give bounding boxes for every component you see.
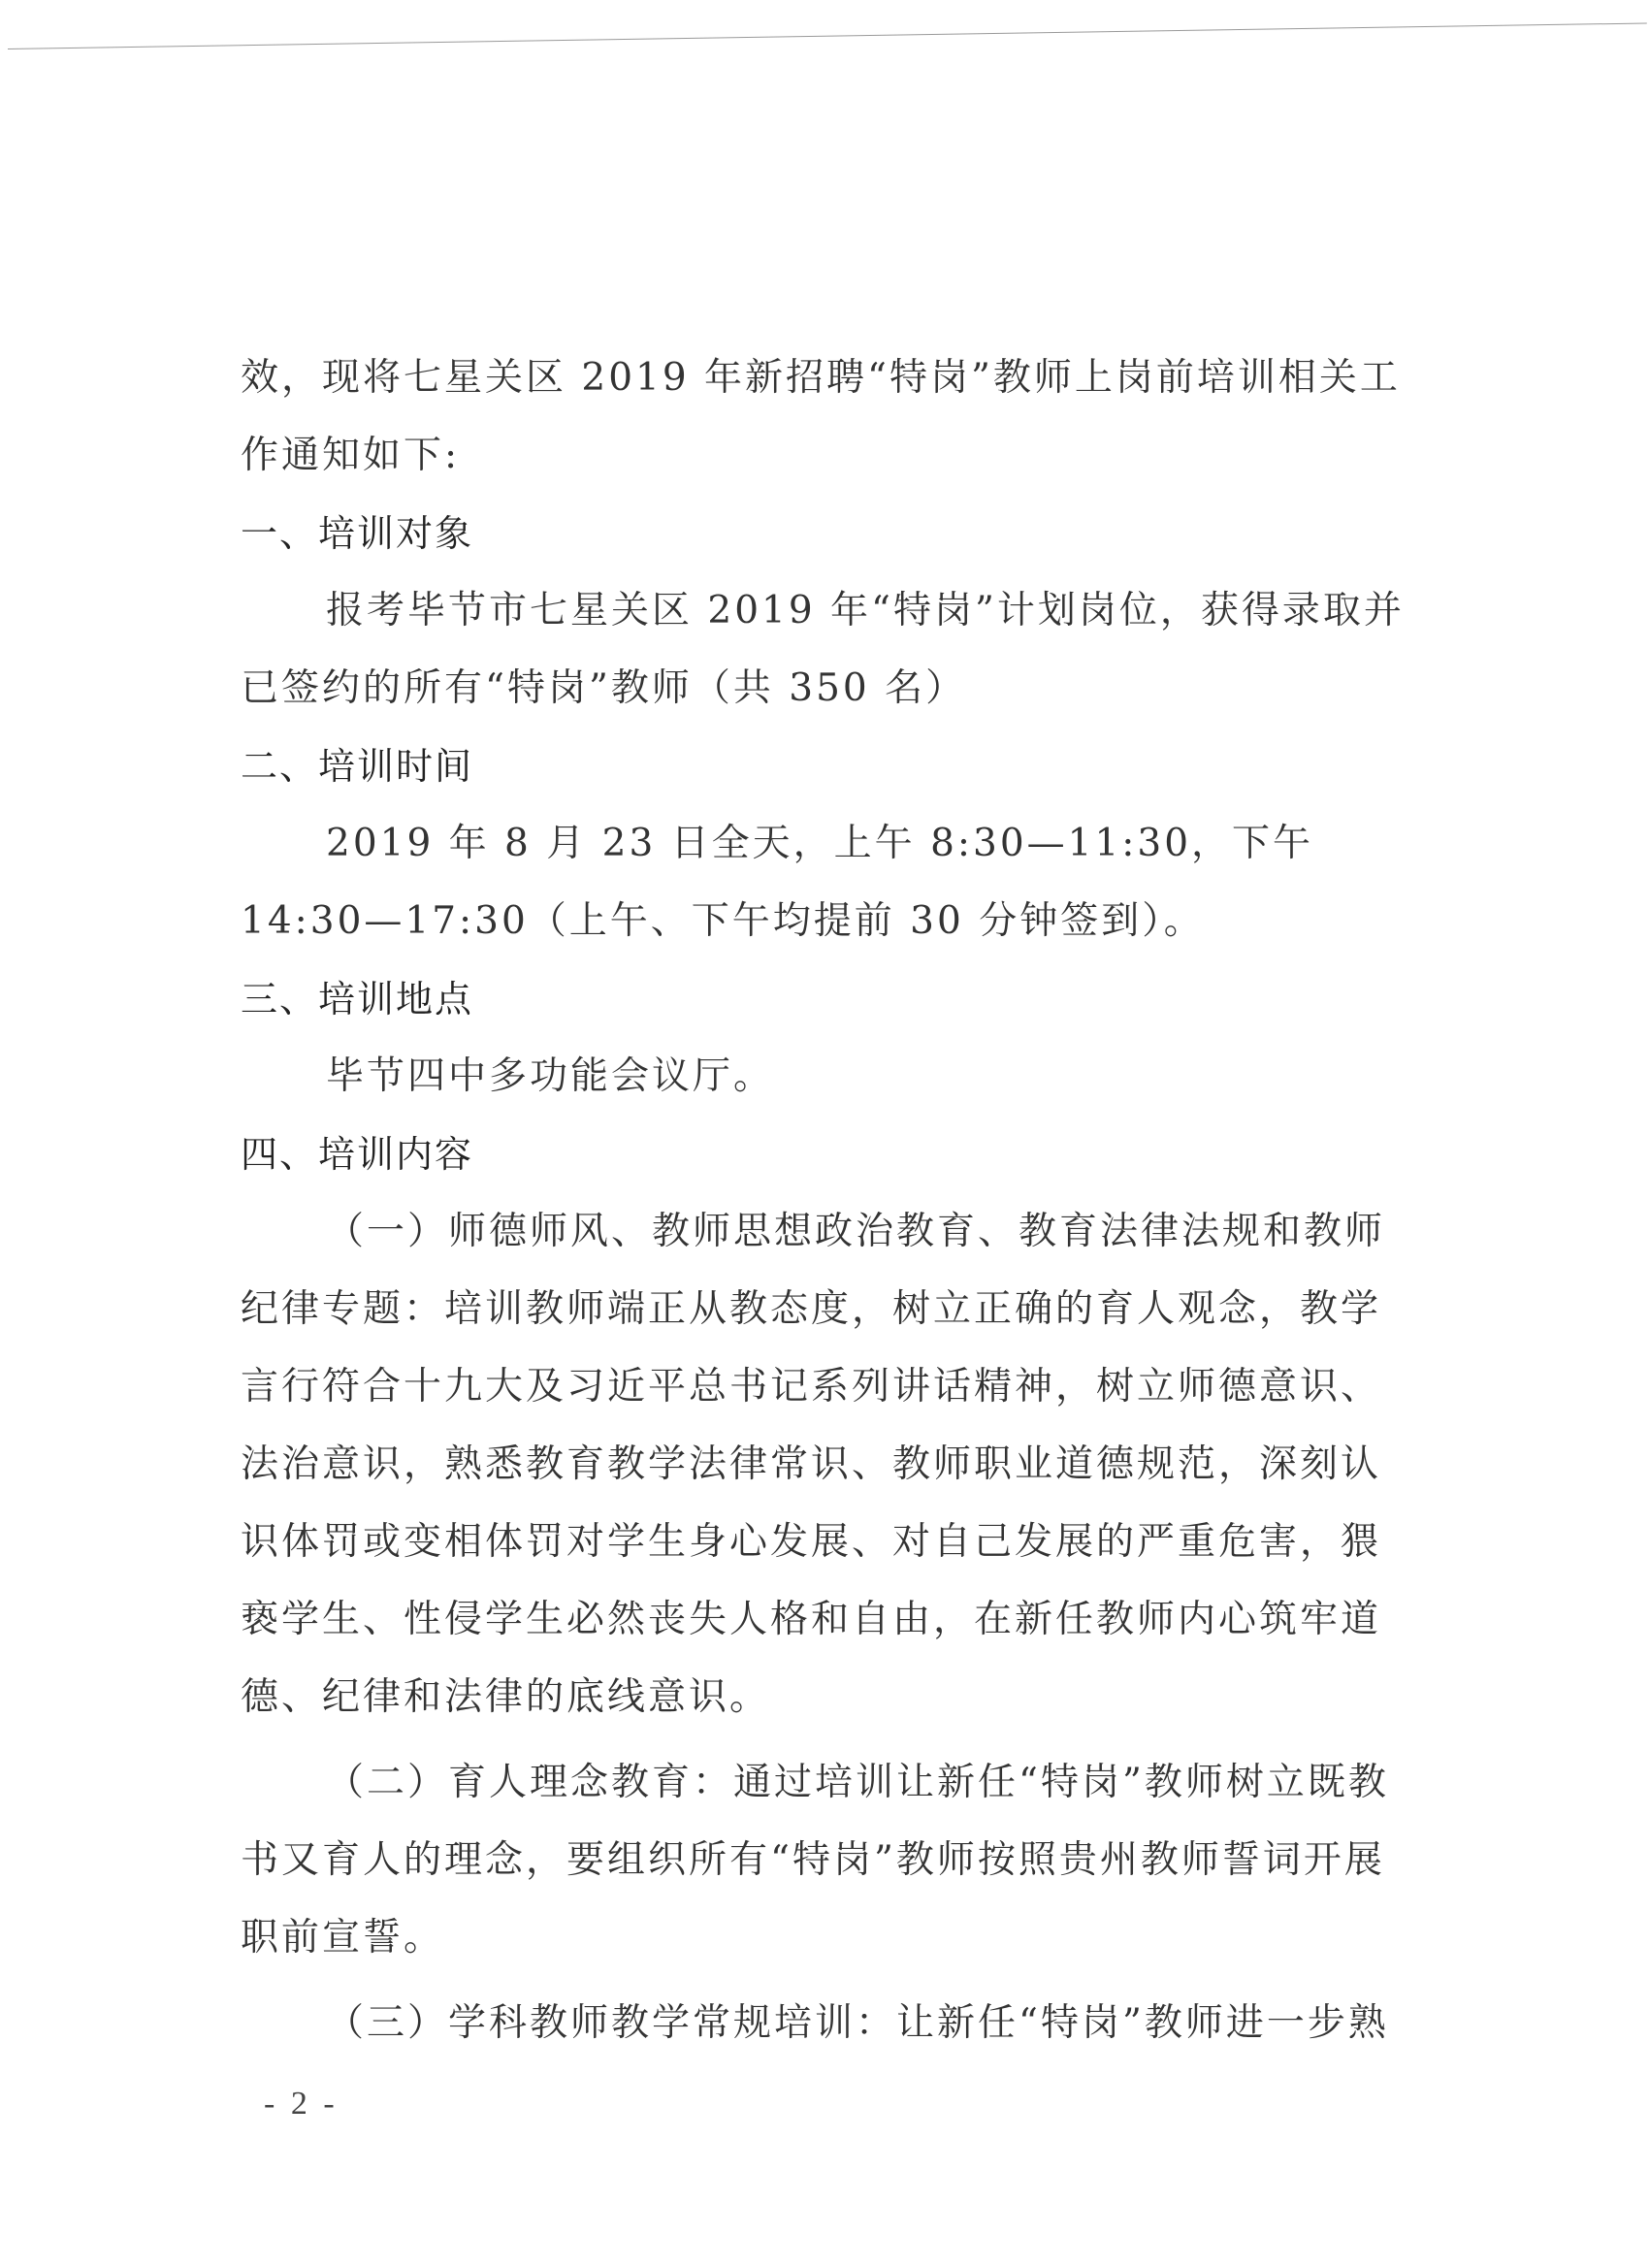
text-line: 已签约的所有“特岗”教师（共 350 名） bbox=[241, 650, 1453, 728]
section-heading: 三、培训地点 bbox=[241, 960, 1453, 1038]
text-line: 2019 年 8 月 23 日全天，上午 8:30—11:30，下午 bbox=[241, 805, 1453, 883]
subsection-teaching-routine: （三）学科教师教学常规培训：让新任“特岗”教师进一步熟 bbox=[241, 1985, 1453, 2062]
text-line: 14:30—17:30（上午、下午均提前 30 分钟签到）。 bbox=[241, 883, 1453, 960]
section-training-content: 四、培训内容 （一）师德师风、教师思想政治教育、教育法律法规和教师 纪律专题：培… bbox=[241, 1116, 1453, 2062]
text-line: 毕节四中多功能会议厅。 bbox=[241, 1038, 1453, 1116]
section-heading: 四、培训内容 bbox=[241, 1116, 1453, 1193]
subsection-education-philosophy: （二）育人理念教育：通过培训让新任“特岗”教师树立既教 书又育人的理念，要组织所… bbox=[241, 1744, 1453, 1977]
text-line: 言行符合十九大及习近平总书记系列讲话精神，树立师德意识、 bbox=[241, 1348, 1453, 1426]
text-line: （三）学科教师教学常规培训：让新任“特岗”教师进一步熟 bbox=[241, 1985, 1453, 2062]
section-heading: 一、培训对象 bbox=[241, 495, 1453, 572]
text-line: 识体罚或变相体罚对学生身心发展、对自己发展的严重危害，猥 bbox=[241, 1504, 1453, 1581]
text-line: 报考毕节市七星关区 2019 年“特岗”计划岗位，获得录取并 bbox=[241, 572, 1453, 650]
document-page: 效，现将七星关区 2019 年新招聘“特岗”教师上岗前培训相关工 作通知如下: … bbox=[241, 340, 1453, 2062]
subsection-ethics: （一）师德师风、教师思想政治教育、教育法律法规和教师 纪律专题：培训教师端正从教… bbox=[241, 1193, 1453, 1736]
section-training-time: 二、培训时间 2019 年 8 月 23 日全天，上午 8:30—11:30，下… bbox=[241, 728, 1453, 960]
intro-paragraph: 效，现将七星关区 2019 年新招聘“特岗”教师上岗前培训相关工 作通知如下: bbox=[241, 340, 1453, 495]
section-heading: 二、培训时间 bbox=[241, 728, 1453, 805]
text-line: 亵学生、性侵学生必然丧失人格和自由，在新任教师内心筑牢道 bbox=[241, 1581, 1453, 1659]
text-line: 法治意识，熟悉教育教学法律常识、教师职业道德规范，深刻认 bbox=[241, 1426, 1453, 1504]
text-line: 德、纪律和法律的底线意识。 bbox=[241, 1659, 1453, 1736]
text-line: 职前宣誓。 bbox=[241, 1899, 1453, 1977]
text-line: （二）育人理念教育：通过培训让新任“特岗”教师树立既教 bbox=[241, 1744, 1453, 1822]
text-line: （一）师德师风、教师思想政治教育、教育法律法规和教师 bbox=[241, 1193, 1453, 1271]
text-line: 纪律专题：培训教师端正从教态度，树立正确的育人观念，教学 bbox=[241, 1271, 1453, 1348]
section-training-location: 三、培训地点 毕节四中多功能会议厅。 bbox=[241, 960, 1453, 1116]
text-line: 效，现将七星关区 2019 年新招聘“特岗”教师上岗前培训相关工 bbox=[241, 340, 1453, 417]
page-number: - 2 - bbox=[264, 2086, 339, 2122]
text-line: 书又育人的理念，要组织所有“特岗”教师按照贵州教师誓词开展 bbox=[241, 1822, 1453, 1899]
text-line: 作通知如下: bbox=[241, 417, 1453, 495]
scan-edge-line bbox=[8, 22, 1647, 49]
section-training-targets: 一、培训对象 报考毕节市七星关区 2019 年“特岗”计划岗位，获得录取并 已签… bbox=[241, 495, 1453, 728]
